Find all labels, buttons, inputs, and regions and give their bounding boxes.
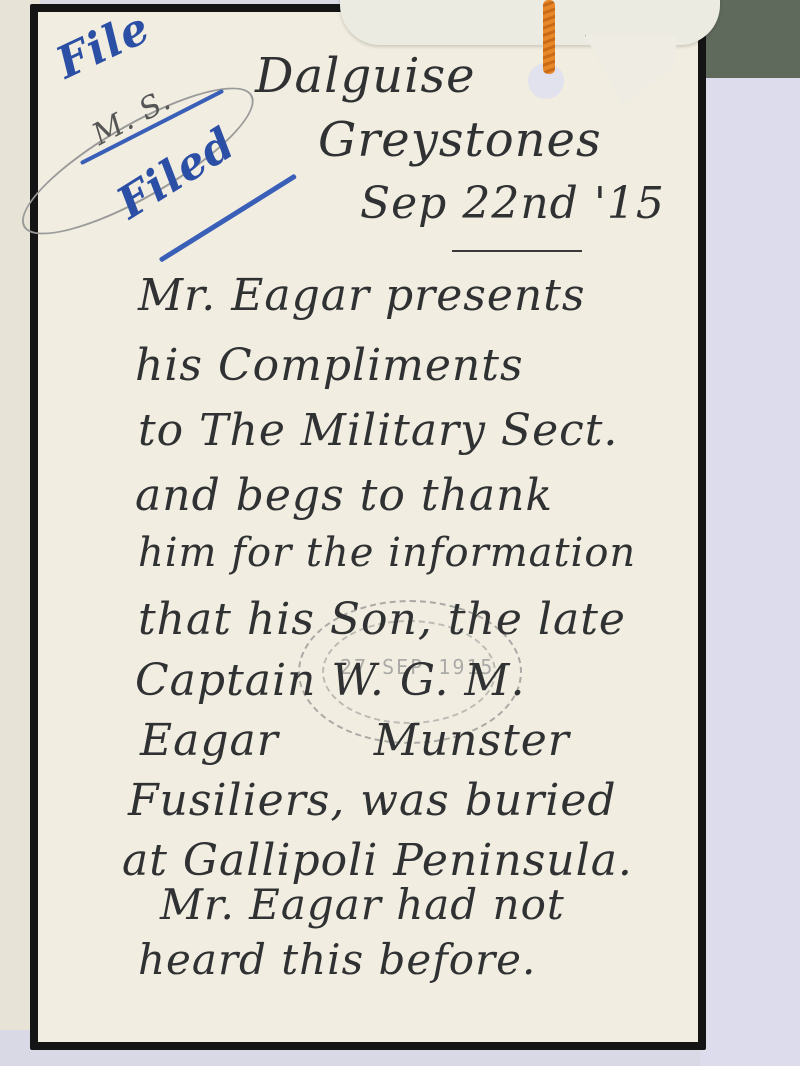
body-line-8: Eagar Munster: [140, 715, 570, 766]
address-line-1: Dalguise: [255, 48, 475, 104]
body-line-11: Mr. Eagar had not: [160, 880, 565, 929]
body-line-9: Fusiliers, was buried: [128, 775, 617, 826]
body-line-6: that his Son, the late: [138, 594, 626, 645]
right-backing-sheet: [700, 78, 800, 1066]
letter-date: Sep 22nd '15: [360, 178, 665, 229]
body-line-7: Captain W. G. M.: [135, 655, 525, 706]
body-line-12: heard this before.: [138, 935, 536, 984]
body-line-10: at Gallipoli Peninsula.: [122, 835, 633, 886]
body-line-2: his Compliments: [135, 340, 524, 391]
body-line-4: and begs to thank: [135, 470, 553, 521]
body-line-3: to The Military Sect.: [138, 405, 618, 456]
body-line-5: him for the information: [138, 530, 636, 576]
date-underline: [452, 250, 582, 252]
treasury-tag-string: [543, 0, 555, 74]
address-line-2: Greystones: [318, 112, 602, 168]
body-line-1: Mr. Eagar presents: [138, 270, 585, 321]
